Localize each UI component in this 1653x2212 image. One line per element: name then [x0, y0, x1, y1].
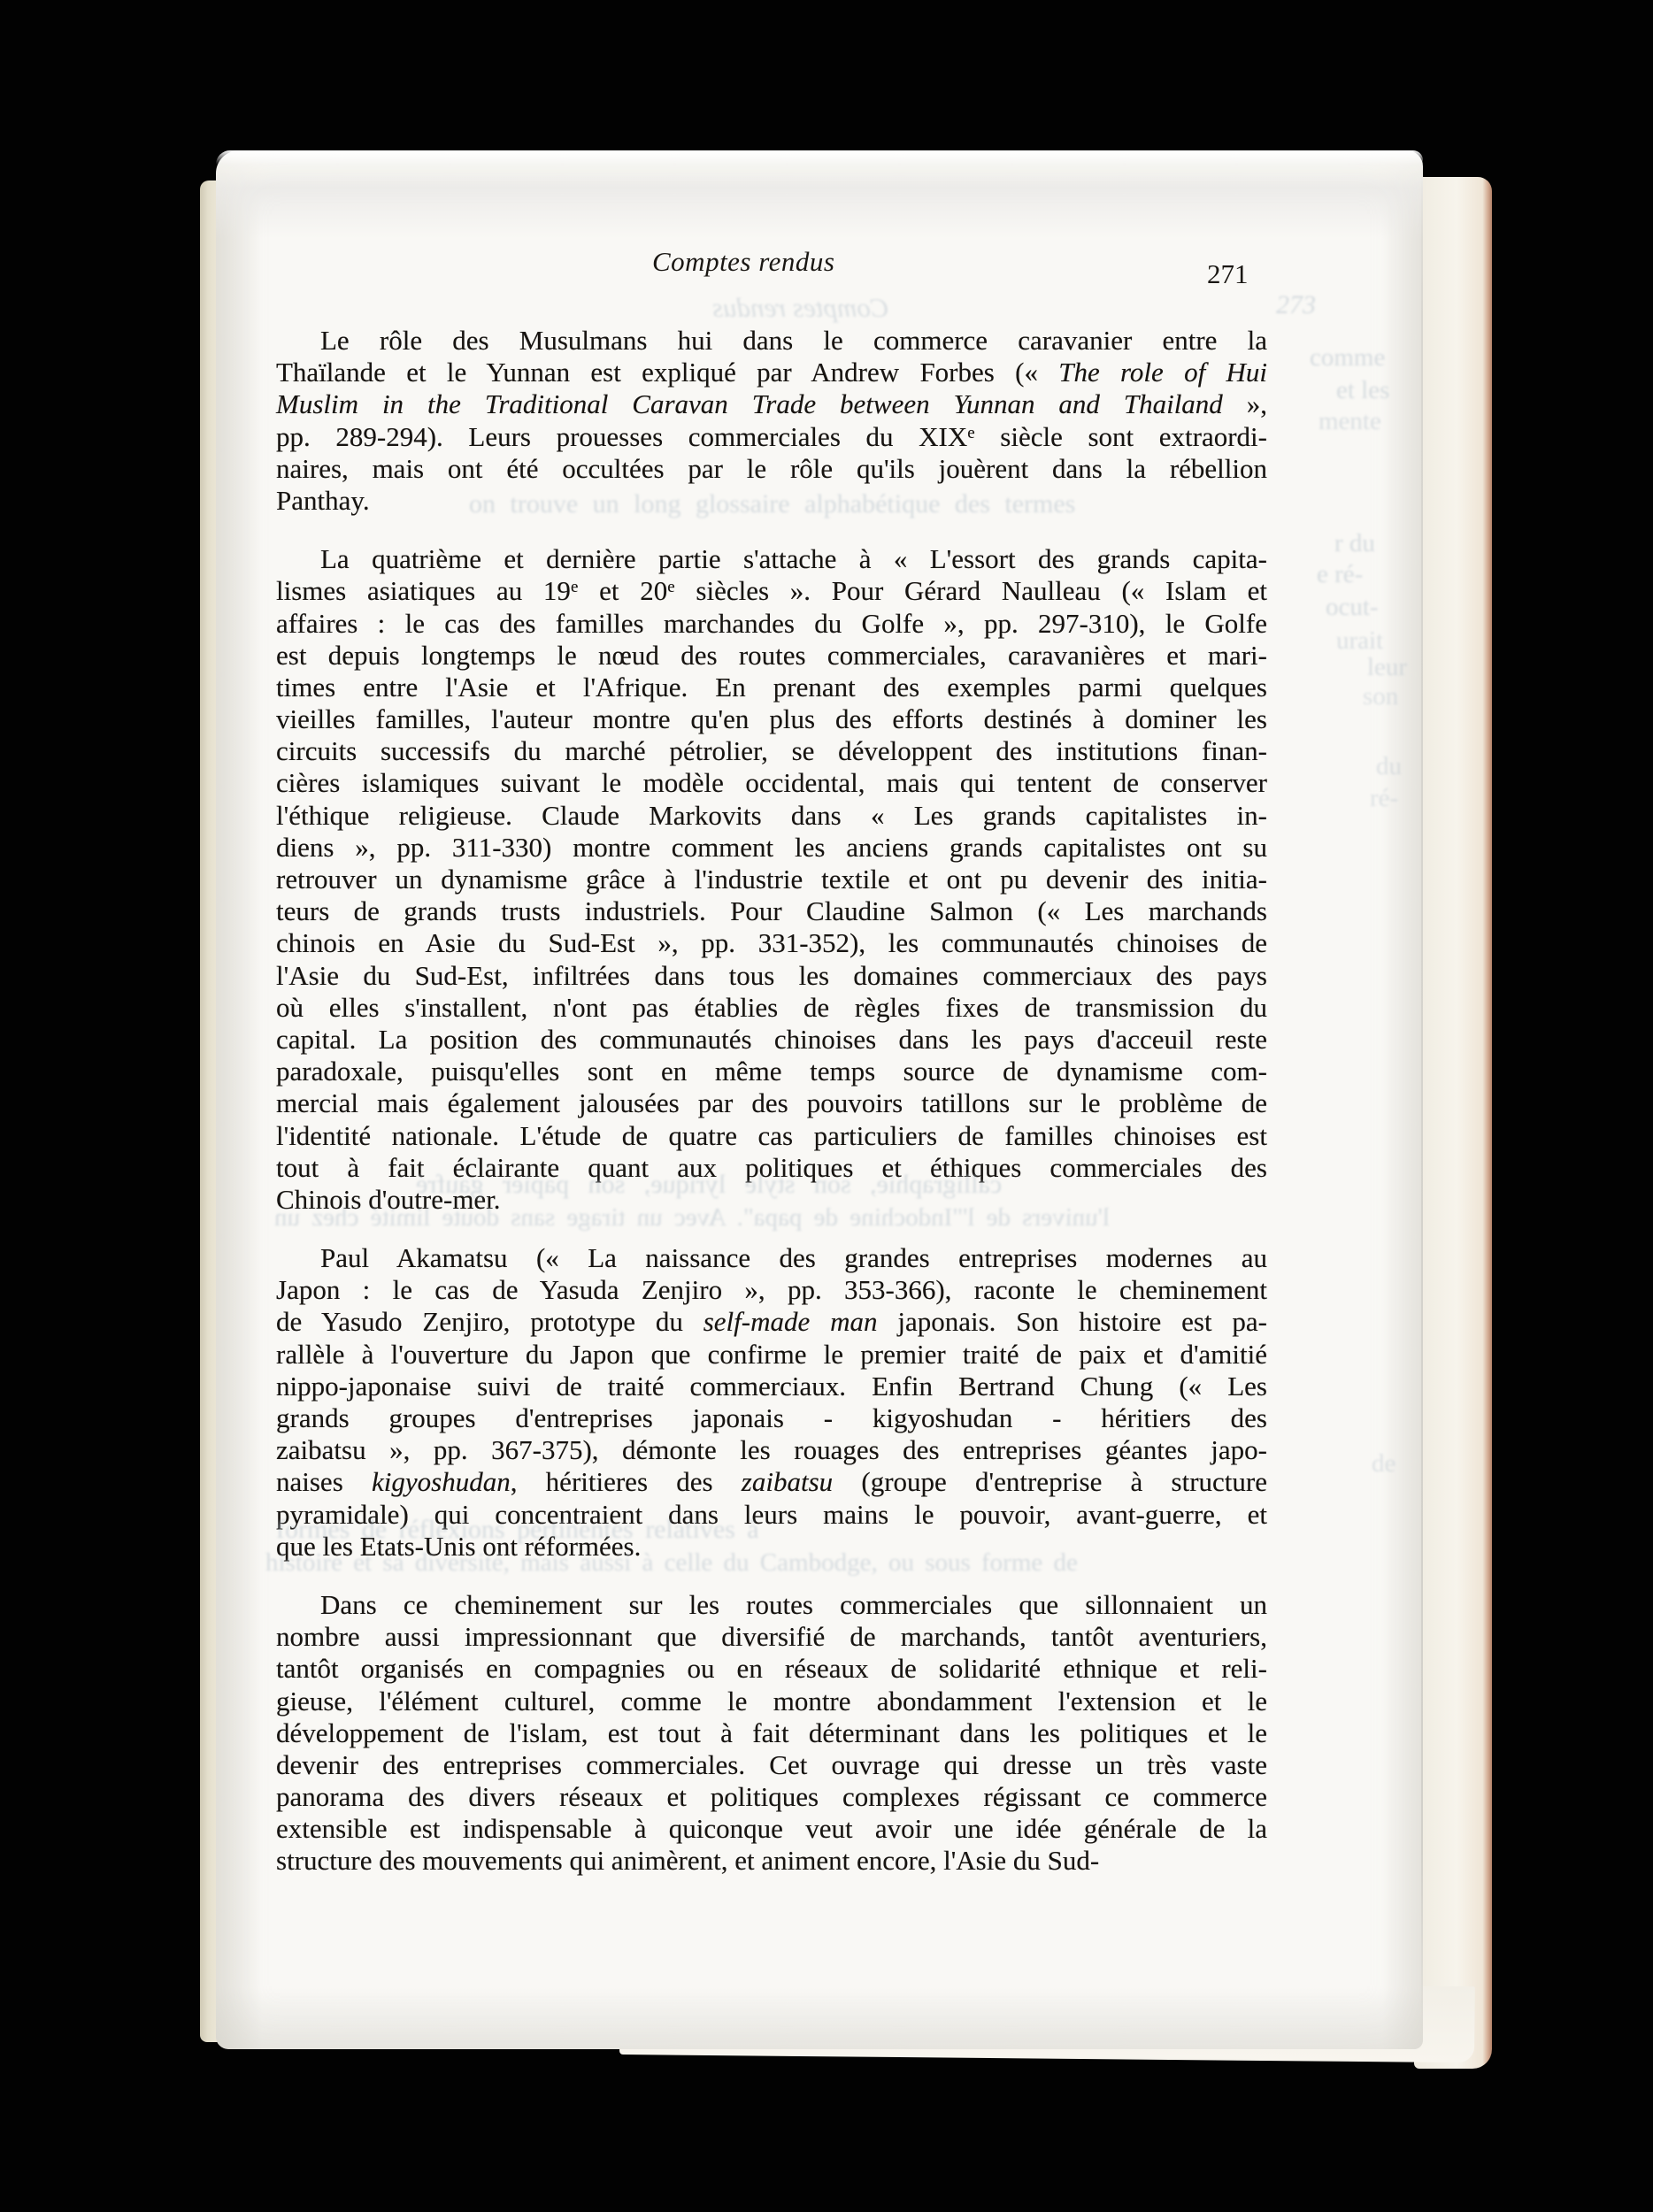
body-line: Paul Akamatsu (« La naissance des grande… — [276, 1242, 1267, 1274]
scanned-page: Comptes rendus 271 Le rôle des Musulmans… — [216, 150, 1423, 2049]
body-line: devenir des entreprises commerciales. Ce… — [276, 1749, 1267, 1781]
body-line: l'Asie du Sud-Est, infiltrées dans tous … — [276, 960, 1267, 992]
body-line: affaires : le cas des familles marchande… — [276, 608, 1267, 640]
body-line: est depuis longtemps le nœud des routes … — [276, 640, 1267, 672]
ghost-text: de — [1372, 1449, 1395, 1479]
body-line: capital. La position des communautés chi… — [276, 1024, 1267, 1056]
ghost-text: on trouve un long glossaire alphabétique… — [469, 489, 1075, 519]
body-line: pp. 289-294). Leurs prouesses commercial… — [276, 421, 1267, 453]
ghost-text: Comptes rendus — [712, 292, 889, 324]
running-header: Comptes rendus — [652, 246, 835, 278]
ghost-text: formes de réflexions pertinentes relativ… — [276, 1515, 759, 1545]
ghost-text: r du — [1334, 529, 1375, 558]
body-line: rallèle à l'ouverture du Japon que confi… — [276, 1339, 1267, 1371]
body-line: Dans ce cheminement sur les routes comme… — [276, 1589, 1267, 1621]
ghost-text: ocut- — [1326, 593, 1379, 622]
body-line: tantôt organisés en compagnies ou en rés… — [276, 1653, 1267, 1685]
body-line: diens », pp. 311-330) montre comment les… — [276, 832, 1267, 864]
ghost-text: ré- — [1370, 784, 1398, 813]
ghost-text: et les — [1336, 376, 1389, 405]
body-line: chinois en Asie du Sud-Est », pp. 331-35… — [276, 927, 1267, 959]
body-line: teurs de grands trusts industriels. Pour… — [276, 895, 1267, 927]
body-line: Le rôle des Musulmans hui dans le commer… — [276, 325, 1267, 357]
body-line: retrouver un dynamisme grâce à l'industr… — [276, 864, 1267, 895]
body-line: panorama des divers réseaux et politique… — [276, 1781, 1267, 1813]
body-line: grands groupes d'entreprises japonais - … — [276, 1402, 1267, 1434]
body-paragraph: La quatrième et dernière partie s'attach… — [276, 543, 1267, 1216]
body-line: gieuse, l'élément culturel, comme le mon… — [276, 1686, 1267, 1717]
body-line: La quatrième et dernière partie s'attach… — [276, 543, 1267, 575]
ghost-text: calligraphie, son style lyrique, son pap… — [416, 1170, 1002, 1200]
body-line: naires, mais ont été occultées par le rô… — [276, 453, 1267, 485]
body-line: circuits successifs du marché pétrolier,… — [276, 735, 1267, 767]
ghost-text: l'univers de l'"Indochine de papa". Avec… — [274, 1203, 1110, 1233]
body-line: l'identité nationale. L'étude de quatre … — [276, 1120, 1267, 1152]
page-number: 271 — [1207, 258, 1249, 290]
body-line: l'éthique religieuse. Claude Markovits d… — [276, 800, 1267, 832]
ghost-text: 273 — [1276, 290, 1316, 320]
body-line: naises kigyoshudan, héritieres des zaiba… — [276, 1466, 1267, 1498]
body-paragraph: Dans ce cheminement sur les routes comme… — [276, 1589, 1267, 1878]
scan-background: Comptes rendus 271 Le rôle des Musulmans… — [0, 0, 1653, 2212]
body-line: Thaïlande et le Yunnan est expliqué par … — [276, 357, 1267, 388]
body-line: nombre aussi impressionnant que diversif… — [276, 1621, 1267, 1653]
next-page-edge — [1414, 177, 1492, 2069]
ghost-text: urait — [1336, 626, 1383, 656]
page-top-curl — [216, 150, 1423, 165]
body-line: mercial mais également jalousées par des… — [276, 1087, 1267, 1119]
body-line: développement de l'islam, est tout à fai… — [276, 1717, 1267, 1749]
body-line: paradoxale, puisqu'elles sont en même te… — [276, 1056, 1267, 1087]
body-line: Muslim in the Traditional Caravan Trade … — [276, 388, 1267, 420]
body-line: où elles s'installent, n'ont pas établie… — [276, 992, 1267, 1024]
body-line: structure des mouvements qui animèrent, … — [276, 1845, 1267, 1877]
ghost-text: son — [1363, 682, 1398, 711]
body-line: times entre l'Asie et l'Afrique. En pren… — [276, 672, 1267, 703]
body-line: nippo-japonaise suivi de traité commerci… — [276, 1371, 1267, 1402]
body-line: zaibatsu », pp. 367-375), démonte les ro… — [276, 1434, 1267, 1466]
ghost-text: du — [1376, 752, 1402, 781]
body-text: Le rôle des Musulmans hui dans le commer… — [276, 325, 1267, 1904]
body-line: de Yasudo Zenjiro, prototype du self-mad… — [276, 1306, 1267, 1338]
page-right-crease — [1421, 168, 1423, 2035]
body-line: Japon : le cas de Yasuda Zenjiro », pp. … — [276, 1274, 1267, 1306]
body-paragraph: Le rôle des Musulmans hui dans le commer… — [276, 325, 1267, 517]
body-line: vieilles familles, l'auteur montre qu'en… — [276, 703, 1267, 735]
ghost-text: mente — [1319, 407, 1381, 436]
ghost-text: e ré- — [1317, 560, 1363, 589]
ghost-text: leur — [1367, 653, 1407, 682]
ghost-text: comme — [1310, 343, 1385, 373]
body-line: cières islamiques suivant le modèle occi… — [276, 767, 1267, 799]
ghost-text: histoire et sa diversité, mais aussi à c… — [265, 1548, 1078, 1578]
body-line: extensible est indispensable à quiconque… — [276, 1813, 1267, 1845]
body-line: lismes asiatiques au 19e et 20e siècles … — [276, 575, 1267, 607]
